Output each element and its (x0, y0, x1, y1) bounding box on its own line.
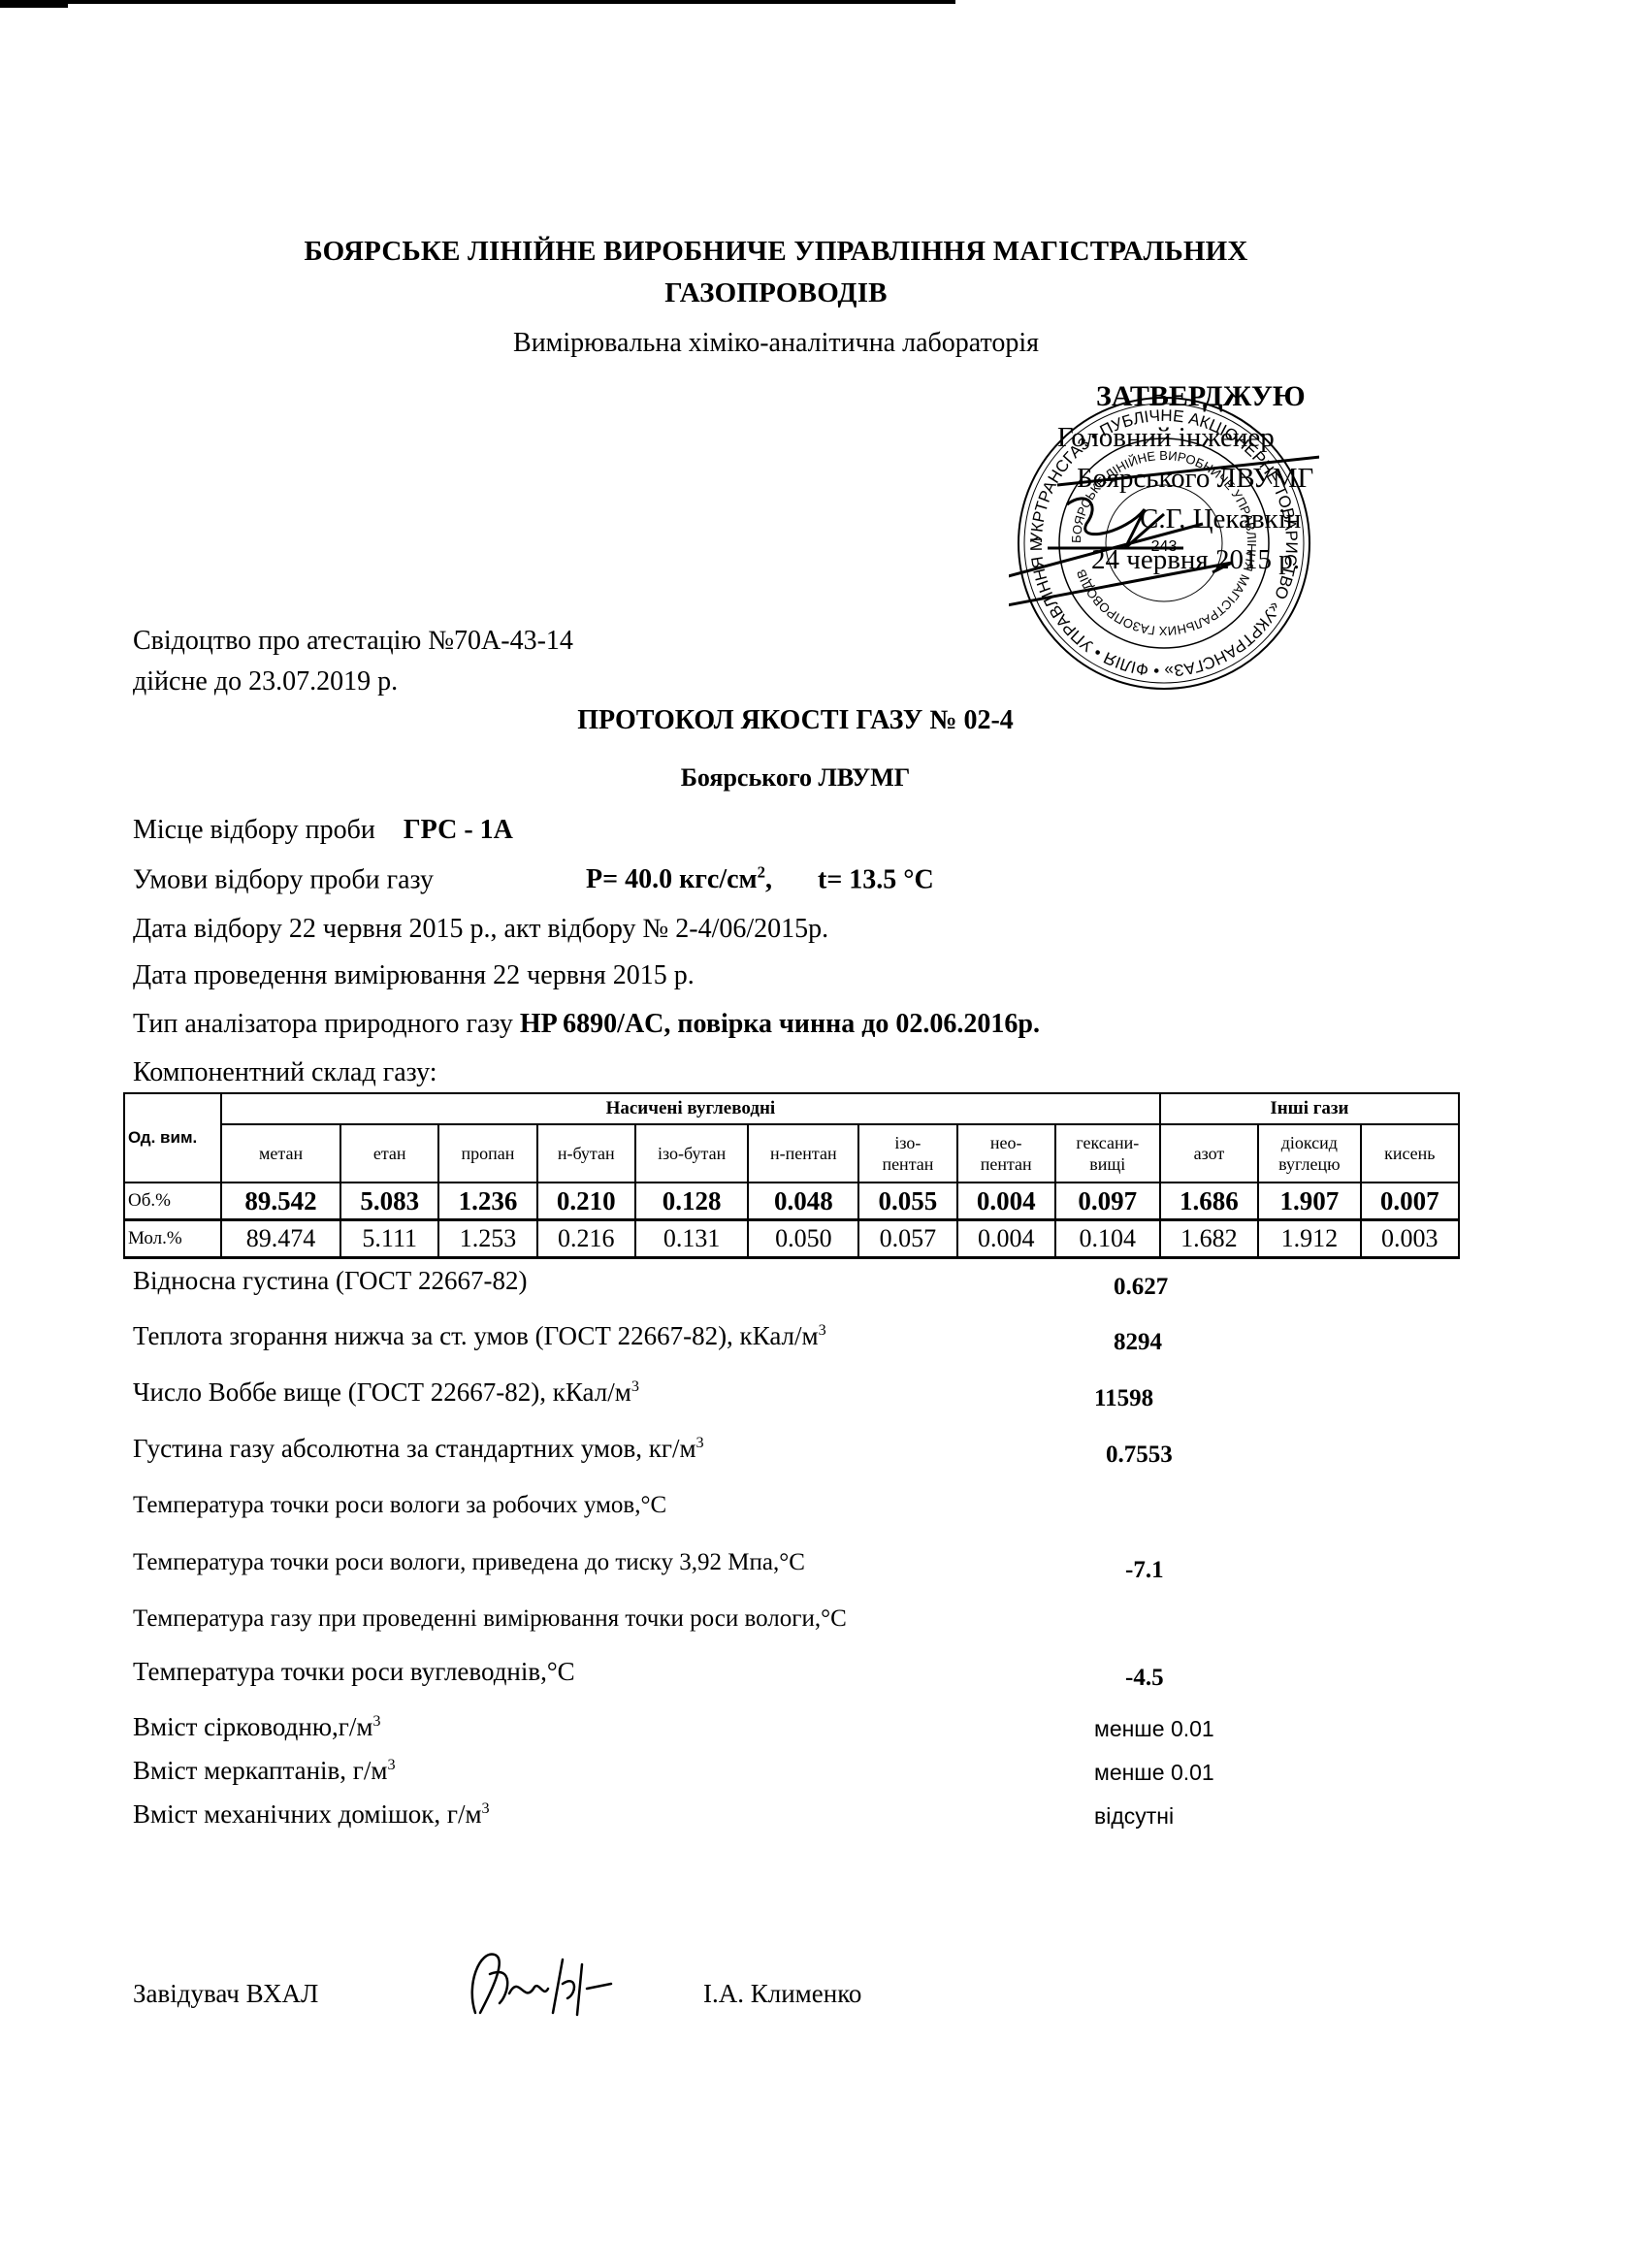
table-cell: 0.050 (748, 1220, 858, 1258)
component-header: кисень (1361, 1124, 1459, 1183)
approval-title: ЗАТВЕРДЖУЮ (1004, 376, 1313, 417)
property-label: Густина газу абсолютна за стандартних ум… (133, 1434, 704, 1464)
property-label: Число Воббе вище (ГОСТ 22667-82), кКал/м… (133, 1377, 639, 1408)
approval-name: С.Г. Цекавкін (1004, 499, 1313, 539)
table-cell: 0.004 (957, 1183, 1055, 1220)
table-cell: 1.253 (438, 1220, 536, 1258)
certificate-number: Свідоцтво про атестацію №70А-43-14 (133, 621, 573, 662)
signature-role: Завідувач ВХАЛ (133, 1979, 318, 2009)
table-cell: 1.907 (1258, 1183, 1361, 1220)
table-cell: 0.131 (635, 1220, 749, 1258)
component-header: метан (221, 1124, 340, 1183)
sampling-conditions: Умови відбору проби газу P= 40.0 кгс/см2… (133, 863, 934, 895)
table-cell: 0.210 (537, 1183, 635, 1220)
component-header: пропан (438, 1124, 536, 1183)
property-value: 8294 (1114, 1329, 1162, 1356)
protocol-subtitle: Боярського ЛВУМГ (0, 763, 1591, 793)
property-value: -4.5 (1125, 1665, 1164, 1692)
component-header: нео-пентан (957, 1124, 1055, 1183)
table-cell: 1.912 (1258, 1220, 1361, 1258)
property-label: Температура газу при проведенні вимірюва… (133, 1605, 847, 1633)
component-header: етан (340, 1124, 438, 1183)
unit-header: Од. вим. (124, 1093, 221, 1183)
sampling-place-value: ГРС - 1А (404, 815, 513, 845)
table-cell: 89.542 (221, 1183, 340, 1220)
component-header: азот (1160, 1124, 1258, 1183)
table-cell: 89.474 (221, 1220, 340, 1258)
property-label: Відносна густина (ГОСТ 22667-82) (133, 1266, 528, 1296)
sampling-conditions-label: Умови відбору проби газу (133, 864, 434, 894)
table-cell: 1.236 (438, 1183, 536, 1220)
sampling-temperature: t= 13.5 °C (818, 864, 934, 894)
table-cell: 1.686 (1160, 1183, 1258, 1220)
approval-date: 24 червня 2015 р. (1004, 539, 1313, 580)
property-value: 0.7553 (1106, 1442, 1173, 1469)
organization-name-line1: БОЯРСЬКЕ ЛІНІЙНЕ ВИРОБНИЧЕ УПРАВЛІННЯ МА… (0, 236, 1552, 268)
property-label: Вміст сірководню,г/м3 (133, 1712, 381, 1742)
analyzer-label: Тип аналізатора природного газу (133, 1009, 520, 1039)
table-cell: 0.057 (858, 1220, 956, 1258)
sampling-place-label: Місце відбору проби (133, 815, 375, 845)
certificate-info: Свідоцтво про атестацію №70А-43-14 дійсн… (133, 621, 573, 702)
composition-table: Од. вим. Насичені вуглеводні Інші гази м… (123, 1092, 1460, 1259)
table-cell: 0.104 (1055, 1220, 1160, 1258)
organization-name-line2: ГАЗОПРОВОДІВ (0, 277, 1552, 309)
composition-label: Компонентний склад газу: (133, 1057, 437, 1088)
row-unit: Об.% (124, 1183, 221, 1220)
property-label: Температура точки роси вуглеводнів,°С (133, 1657, 575, 1687)
property-value: менше 0.01 (1094, 1716, 1214, 1742)
table-row: Об.%89.5425.0831.2360.2100.1280.0480.055… (124, 1183, 1459, 1220)
sampling-pressure: P= 40.0 кгс/см2, (586, 864, 772, 894)
table-cell: 0.007 (1361, 1183, 1459, 1220)
measurement-date: Дата проведення вимірювання 22 червня 20… (133, 960, 695, 991)
table-cell: 0.097 (1055, 1183, 1160, 1220)
property-value: -7.1 (1125, 1557, 1164, 1584)
table-cell: 0.004 (957, 1220, 1055, 1258)
group-saturated-hydrocarbons: Насичені вуглеводні (221, 1093, 1160, 1124)
analyzer-info: Тип аналізатора природного газу HP 6890/… (133, 1009, 1040, 1040)
component-header: н-бутан (537, 1124, 635, 1183)
table-cell: 0.055 (858, 1183, 956, 1220)
property-value: 0.627 (1114, 1274, 1168, 1301)
certificate-validity: дійсне до 23.07.2019 р. (133, 662, 573, 702)
laboratory-name: Вимірювальна хіміко-аналітична лаборатор… (0, 328, 1552, 359)
table-cell: 0.128 (635, 1183, 749, 1220)
property-value: відсутні (1094, 1803, 1174, 1830)
sampling-place: Місце відбору проби ГРС - 1А (133, 815, 513, 846)
property-value: менше 0.01 (1094, 1760, 1214, 1786)
component-header: діоксидвуглецю (1258, 1124, 1361, 1183)
property-value: 11598 (1094, 1385, 1153, 1412)
approval-position: Головний інженер (1004, 417, 1313, 458)
table-cell: 0.048 (748, 1183, 858, 1220)
component-header: ізо-пентан (858, 1124, 956, 1183)
component-header: н-пентан (748, 1124, 858, 1183)
analyzer-value: HP 6890/AC, повірка чинна до 02.06.2016р… (520, 1009, 1040, 1039)
property-label: Теплота згорання нижча за ст. умов (ГОСТ… (133, 1321, 826, 1351)
table-cell: 0.003 (1361, 1220, 1459, 1258)
component-header: гексани-вищі (1055, 1124, 1160, 1183)
table-cell: 5.111 (340, 1220, 438, 1258)
protocol-title: ПРОТОКОЛ ЯКОСТІ ГАЗУ № 02-4 (0, 705, 1591, 736)
table-cell: 5.083 (340, 1183, 438, 1220)
scan-edge-mark (0, 0, 68, 8)
approval-organization: Боярського ЛВУМГ (1004, 458, 1313, 499)
table-cell: 0.216 (537, 1220, 635, 1258)
row-unit: Мол.% (124, 1220, 221, 1258)
property-label: Температура точки роси вологи, приведена… (133, 1549, 805, 1576)
property-label: Вміст механічних домішок, г/м3 (133, 1799, 490, 1830)
group-other-gases: Інші гази (1160, 1093, 1459, 1124)
sample-date: Дата відбору 22 червня 2015 р., акт відб… (133, 914, 828, 945)
signature-name: І.А. Клименко (703, 1979, 861, 2009)
table-cell: 1.682 (1160, 1220, 1258, 1258)
scan-edge-line (0, 0, 955, 4)
property-label: Температура точки роси вологи за робочих… (133, 1492, 666, 1519)
approval-block: ЗАТВЕРДЖУЮ Головний інженер Боярського Л… (1004, 376, 1313, 580)
table-row: Мол.%89.4745.1111.2530.2160.1310.0500.05… (124, 1220, 1459, 1258)
component-header: ізо-бутан (635, 1124, 749, 1183)
property-label: Вміст меркаптанів, г/м3 (133, 1756, 396, 1786)
handwritten-signature-icon (456, 1945, 660, 2023)
